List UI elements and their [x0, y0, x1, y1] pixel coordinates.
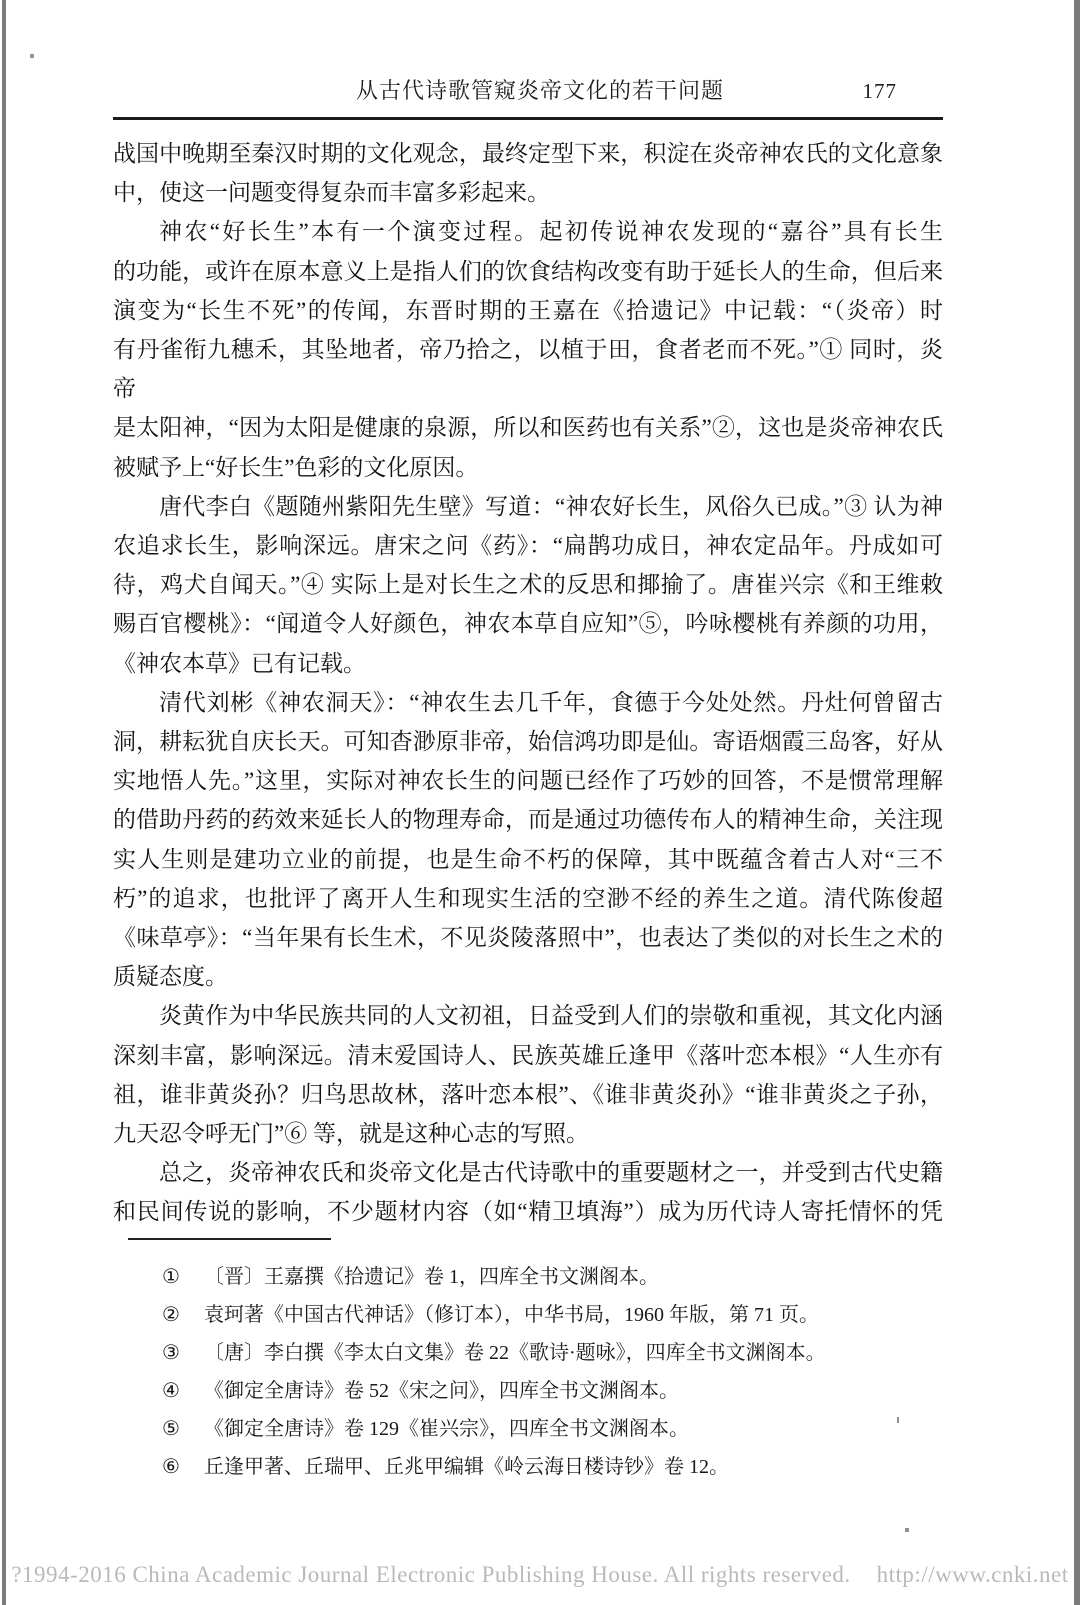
- footer-copyright: ?1994-2016 China Academic Journal Electr…: [0, 1558, 1080, 1592]
- text-line: 清代刘彬《神农洞天》：“神农生去几千年，食德于今处处然。丹灶何曾留古: [113, 683, 943, 722]
- text-line: 炎黄作为中华民族共同的人文初祖，日益受到人们的崇敬和重视，其文化内涵: [113, 996, 943, 1035]
- text-line: 的借助丹药的药效来延长人的物理寿命，而是通过功德传布人的精神生命，关注现: [113, 800, 943, 839]
- right-edge-strip: [1074, 0, 1080, 1605]
- text-line: 有丹雀衔九穗禾，其坠地者，帝乃拾之，以植于田，食者老而不死。”① 同时，炎帝: [113, 330, 943, 408]
- footnote-marker: ⑥: [162, 1448, 204, 1486]
- text-line: 深刻丰富，影响深远。清末爱国诗人、民族英雄丘逢甲《落叶恋本根》“人生亦有: [113, 1036, 943, 1075]
- footnote-item: ②袁珂著《中国古代神话》（修订本），中华书局，1960 年版，第 71 页。: [162, 1296, 882, 1334]
- cnki-url: http://www.cnki.net: [877, 1562, 1069, 1587]
- text-line: 实地悟人先。”这里，实际对神农长生的问题已经作了巧妙的回答，不是惯常理解: [113, 761, 943, 800]
- page-number: 177: [863, 76, 898, 106]
- text-line: 农追求长生，影响深远。唐宋之问《药》：“扁鹊功成日，神农定品年。丹成如可: [113, 526, 943, 565]
- text-line: 《神农本草》已有记载。: [113, 644, 943, 683]
- copyright-text: ?1994-2016 China Academic Journal Electr…: [11, 1562, 850, 1587]
- running-head-title: 从古代诗歌管窥炎帝文化的若干问题: [0, 76, 1080, 106]
- footnote-text: 《御定全唐诗》卷 52《宋之问》，四库全书文渊阁本。: [204, 1372, 882, 1410]
- text-line: 战国中晚期至秦汉时期的文化观念，最终定型下来，积淀在炎帝神农氏的文化意象: [113, 134, 943, 173]
- footnote-marker: ②: [162, 1296, 204, 1334]
- footnote-item: ①〔晋〕王嘉撰《拾遗记》卷 1，四库全书文渊阁本。: [162, 1258, 882, 1296]
- text-line: 和民间传说的影响，不少题材内容（如“精卫填海”）成为历代诗人寄托情怀的凭: [113, 1192, 943, 1231]
- text-line: 实人生则是建功立业的前提，也是生命不朽的保障，其中既蕴含着古人对“三不: [113, 840, 943, 879]
- left-edge-strip: [2, 0, 6, 1605]
- footnote-marker: ③: [162, 1334, 204, 1372]
- footnote-separator: [128, 1238, 331, 1240]
- header-rule: [113, 117, 943, 120]
- text-line: 总之，炎帝神农氏和炎帝文化是古代诗歌中的重要题材之一，并受到古代史籍: [113, 1153, 943, 1192]
- footnote-item: ⑤《御定全唐诗》卷 129《崔兴宗》，四库全书文渊阁本。: [162, 1410, 882, 1448]
- footnote-text: 丘逢甲著、丘瑞甲、丘兆甲编辑《岭云海日楼诗钞》卷 12。: [204, 1448, 882, 1486]
- text-line: 祖，谁非黄炎孙？归鸟思故林，落叶恋本根”、《谁非黄炎孙》“谁非黄炎之子孙，: [113, 1075, 943, 1114]
- text-line: 是太阳神，“因为太阳是健康的泉源，所以和医药也有关系”②，这也是炎帝神农氏: [113, 408, 943, 447]
- footnote-text: 《御定全唐诗》卷 129《崔兴宗》，四库全书文渊阁本。: [204, 1410, 882, 1448]
- text-line: 被赋予上“好长生”色彩的文化原因。: [113, 448, 943, 487]
- footnote-item: ⑥丘逢甲著、丘瑞甲、丘兆甲编辑《岭云海日楼诗钞》卷 12。: [162, 1448, 882, 1486]
- text-line: 朽”的追求，也批评了离开人生和现实生活的空渺不经的养生之道。清代陈俊超: [113, 879, 943, 918]
- text-line: 九天忍令呼无门”⑥ 等，就是这种心志的写照。: [113, 1114, 943, 1153]
- scan-speck: [905, 1528, 909, 1532]
- footnote-item: ③〔唐〕李白撰《李太白文集》卷 22《歌诗·题咏》，四库全书文渊阁本。: [162, 1334, 882, 1372]
- scan-speck: [897, 1417, 899, 1423]
- body-text: 战国中晚期至秦汉时期的文化观念，最终定型下来，积淀在炎帝神农氏的文化意象中，使这…: [113, 134, 943, 1232]
- text-line: 《味草亭》：“当年果有长生术，不见炎陵落照中”，也表达了类似的对长生之术的: [113, 918, 943, 957]
- footnote-marker: ⑤: [162, 1410, 204, 1448]
- footnote-marker: ①: [162, 1258, 204, 1296]
- footnote-marker: ④: [162, 1372, 204, 1410]
- text-line: 待，鸡犬自闻天。”④ 实际上是对长生之术的反思和揶揄了。唐崔兴宗《和王维敕: [113, 565, 943, 604]
- text-line: 洞，耕耘犹自庆长天。可知杳渺原非帝，始信鸿功即是仙。寄语烟霞三岛客，好从: [113, 722, 943, 761]
- footnote-text: 〔唐〕李白撰《李太白文集》卷 22《歌诗·题咏》，四库全书文渊阁本。: [204, 1334, 882, 1372]
- text-line: 神农“好长生”本有一个演变过程。起初传说神农发现的“嘉谷”具有长生: [113, 212, 943, 251]
- footnote-item: ④《御定全唐诗》卷 52《宋之问》，四库全书文渊阁本。: [162, 1372, 882, 1410]
- text-line: 中，使这一问题变得复杂而丰富多彩起来。: [113, 173, 943, 212]
- text-line: 赐百官樱桃》：“闻道令人好颜色，神农本草自应知”⑤，吟咏樱桃有养颜的功用，: [113, 604, 943, 643]
- text-line: 的功能，或许在原本意义上是指人们的饮食结构改变有助于延长人的生命，但后来: [113, 252, 943, 291]
- scan-speck: [30, 54, 34, 58]
- text-line: 唐代李白《题随州紫阳先生壁》写道：“神农好长生，风俗久已成。”③ 认为神: [113, 487, 943, 526]
- text-line: 质疑态度。: [113, 957, 943, 996]
- footnote-text: 〔晋〕王嘉撰《拾遗记》卷 1，四库全书文渊阁本。: [204, 1258, 882, 1296]
- footnotes: ①〔晋〕王嘉撰《拾遗记》卷 1，四库全书文渊阁本。②袁珂著《中国古代神话》（修订…: [162, 1258, 882, 1486]
- text-line: 演变为“长生不死”的传闻，东晋时期的王嘉在《拾遗记》中记载：“（炎帝）时: [113, 291, 943, 330]
- journal-page-scan: 从古代诗歌管窥炎帝文化的若干问题 177 战国中晚期至秦汉时期的文化观念，最终定…: [0, 0, 1080, 1605]
- footnote-text: 袁珂著《中国古代神话》（修订本），中华书局，1960 年版，第 71 页。: [204, 1296, 882, 1334]
